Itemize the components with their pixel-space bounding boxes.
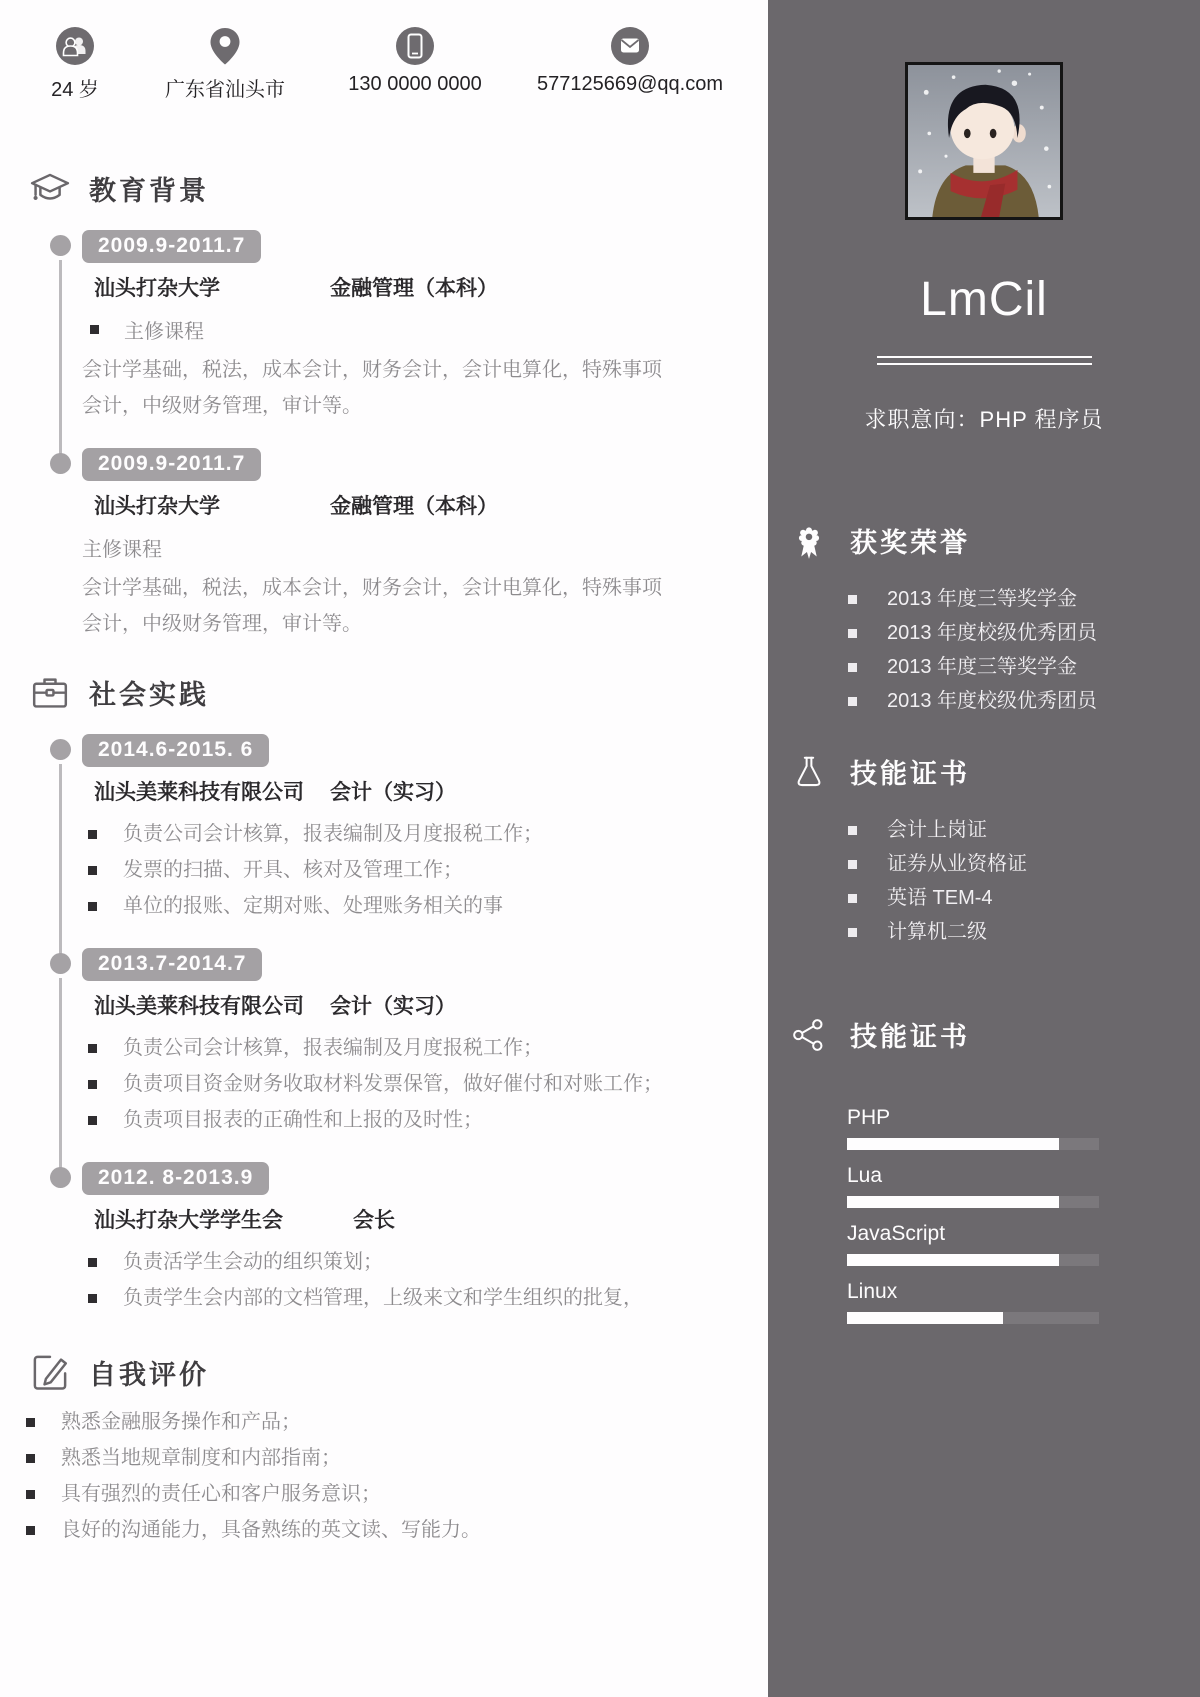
contact-item-location: 广东省汕头市 bbox=[130, 26, 320, 102]
medal-icon bbox=[790, 522, 828, 560]
section-education: 教育背景 2009.9-2011.7 汕头打杂大学 金融管理（本科） 主修课程 bbox=[20, 166, 768, 642]
list-item: 证券从业资格证 bbox=[848, 847, 1200, 881]
square-bullet-icon bbox=[88, 902, 97, 911]
bullet-item: 负责学生会内部的文档管理，上级来文和学生组织的批复， bbox=[88, 1280, 768, 1316]
email-icon bbox=[610, 26, 650, 66]
bullet-item: 负责项目报表的正确性和上报的及时性； bbox=[88, 1102, 768, 1138]
location-icon bbox=[205, 26, 245, 66]
age-label: 24 岁 bbox=[51, 73, 99, 102]
bullet-item: 良好的沟通能力，具备熟练的英文读、写能力。 bbox=[26, 1512, 768, 1548]
avatar bbox=[905, 62, 1063, 220]
section-practice: 社会实践 2014.6-2015. 6 汕头美莱科技有限公司 会计（实习） 负责… bbox=[20, 670, 768, 1316]
major-name: 金融管理（本科） bbox=[330, 272, 498, 302]
skill-row: JavaScript bbox=[847, 1222, 1099, 1266]
pen-icon bbox=[28, 1350, 72, 1394]
skills-header: 技能证书 bbox=[768, 1015, 1200, 1054]
list-item: 英语 TEM-4 bbox=[848, 881, 1200, 915]
course-text: 会计学基础，税法，成本会计，财务会计，会计电算化，特殊事项会计，中级财务管理，审… bbox=[82, 570, 672, 642]
timeline-item: 2009.9-2011.7 汕头打杂大学 金融管理（本科） 主修课程 会计学基础… bbox=[20, 448, 768, 642]
date-badge: 2013.7-2014.7 bbox=[82, 948, 262, 981]
practice-bullets: 负责公司会计核算，报表编制及月度报税工作； 发票的扫描、开具、核对及管理工作； … bbox=[88, 816, 768, 924]
contact-item-age: 24 岁 bbox=[20, 26, 130, 102]
skill-bar-fill bbox=[847, 1138, 1059, 1150]
date-badge: 2009.9-2011.7 bbox=[82, 230, 261, 263]
self-evaluation-header: 自我评价 bbox=[28, 1350, 768, 1394]
practice-org: 汕头打杂大学学生会 bbox=[94, 1204, 283, 1234]
candidate-name: LmCil bbox=[768, 274, 1200, 326]
skill-name: Lua bbox=[847, 1164, 1099, 1188]
awards-list: 2013 年度三等奖学金 2013 年度校级优秀团员 2013 年度三等奖学金 … bbox=[848, 582, 1200, 718]
education-row: 汕头打杂大学 金融管理（本科） bbox=[94, 490, 768, 520]
skill-row: Lua bbox=[847, 1164, 1099, 1208]
contact-item-email: 577125669@qq.com bbox=[510, 26, 750, 102]
skill-bar-track bbox=[847, 1138, 1099, 1150]
list-item: 2013 年度三等奖学金 bbox=[848, 582, 1200, 616]
major-name: 金融管理（本科） bbox=[330, 490, 498, 520]
section-title: 自我评价 bbox=[89, 1353, 209, 1392]
timeline-item: 2014.6-2015. 6 汕头美莱科技有限公司 会计（实习） 负责公司会计核… bbox=[20, 734, 768, 924]
section-certificates: 技能证书 会计上岗证 证券从业资格证 英语 TEM-4 计算机二级 bbox=[768, 752, 1200, 949]
education-timeline: 2009.9-2011.7 汕头打杂大学 金融管理（本科） 主修课程 会计学基础… bbox=[20, 230, 768, 642]
square-bullet-icon bbox=[88, 1116, 97, 1125]
course-label: 主修课程 bbox=[90, 315, 768, 344]
timeline-dot bbox=[50, 739, 71, 760]
bullet-item: 熟悉当地规章制度和内部指南； bbox=[26, 1440, 768, 1476]
square-bullet-icon bbox=[26, 1418, 35, 1427]
certificates-header: 技能证书 bbox=[768, 752, 1200, 791]
phone-label: 130 0000 0000 bbox=[348, 73, 481, 96]
square-bullet-icon bbox=[848, 928, 857, 937]
date-badge: 2012. 8-2013.9 bbox=[82, 1162, 269, 1195]
phone-icon bbox=[395, 26, 435, 66]
square-bullet-icon bbox=[848, 595, 857, 604]
timeline-item: 2009.9-2011.7 汕头打杂大学 金融管理（本科） 主修课程 会计学基础… bbox=[20, 230, 768, 424]
contact-row: 24 岁 广东省汕头市 130 0000 0000 577125669@qq.c… bbox=[20, 26, 768, 102]
skill-name: JavaScript bbox=[847, 1222, 1099, 1246]
resume-page: 24 岁 广东省汕头市 130 0000 0000 577125669@qq.c… bbox=[0, 0, 1200, 1697]
practice-row: 汕头美莱科技有限公司 会计（实习） bbox=[94, 776, 768, 806]
school-name: 汕头打杂大学 bbox=[94, 490, 220, 520]
section-title: 技能证书 bbox=[850, 1015, 970, 1054]
practice-row: 汕头打杂大学学生会 会长 bbox=[94, 1204, 768, 1234]
section-self-evaluation: 自我评价 熟悉金融服务操作和产品； 熟悉当地规章制度和内部指南； 具有强烈的责任… bbox=[20, 1350, 768, 1548]
certificates-list: 会计上岗证 证券从业资格证 英语 TEM-4 计算机二级 bbox=[848, 813, 1200, 949]
section-title: 社会实践 bbox=[89, 673, 209, 712]
square-bullet-icon bbox=[88, 866, 97, 875]
list-item: 2013 年度校级优秀团员 bbox=[848, 616, 1200, 650]
square-bullet-icon bbox=[848, 629, 857, 638]
job-intention: 求职意向：PHP 程序员 bbox=[768, 403, 1200, 434]
square-bullet-icon bbox=[26, 1526, 35, 1535]
square-bullet-icon bbox=[848, 894, 857, 903]
bullet-item: 熟悉金融服务操作和产品； bbox=[26, 1404, 768, 1440]
square-bullet-icon bbox=[88, 1080, 97, 1089]
timeline-item: 2012. 8-2013.9 汕头打杂大学学生会 会长 负责活学生会动的组织策划… bbox=[20, 1162, 768, 1316]
school-name: 汕头打杂大学 bbox=[94, 272, 220, 302]
section-skills: 技能证书 PHP Lua JavaScript Linux bbox=[768, 1015, 1200, 1324]
bullet-item: 发票的扫描、开具、核对及管理工作； bbox=[88, 852, 768, 888]
practice-bullets: 负责公司会计核算，报表编制及月度报税工作； 负责项目资金财务收取材料发票保管，做… bbox=[88, 1030, 768, 1138]
square-bullet-icon bbox=[848, 663, 857, 672]
skill-name: Linux bbox=[847, 1280, 1099, 1304]
timeline-dot bbox=[50, 235, 71, 256]
square-bullet-icon bbox=[88, 1258, 97, 1267]
briefcase-icon bbox=[28, 670, 72, 714]
course-label: 主修课程 bbox=[82, 533, 768, 562]
section-title: 获奖荣誉 bbox=[850, 521, 970, 560]
skill-bar-track bbox=[847, 1254, 1099, 1266]
square-bullet-icon bbox=[90, 325, 99, 334]
section-title: 教育背景 bbox=[89, 169, 209, 208]
square-bullet-icon bbox=[26, 1454, 35, 1463]
timeline-dot bbox=[50, 1167, 71, 1188]
sidebar: LmCil 求职意向：PHP 程序员 获奖荣誉 2013 年度三等奖学金 201… bbox=[768, 0, 1200, 1697]
education-row: 汕头打杂大学 金融管理（本科） bbox=[94, 272, 768, 302]
practice-org: 汕头美莱科技有限公司 bbox=[94, 776, 304, 806]
practice-timeline: 2014.6-2015. 6 汕头美莱科技有限公司 会计（实习） 负责公司会计核… bbox=[20, 734, 768, 1316]
skill-bar-fill bbox=[847, 1196, 1059, 1208]
flask-icon bbox=[790, 753, 828, 791]
practice-role: 会计（实习） bbox=[330, 776, 456, 806]
email-label: 577125669@qq.com bbox=[537, 73, 723, 96]
square-bullet-icon bbox=[88, 1044, 97, 1053]
skills-list: PHP Lua JavaScript Linux bbox=[847, 1106, 1099, 1324]
practice-header: 社会实践 bbox=[28, 670, 768, 714]
person-icon bbox=[55, 26, 95, 66]
list-item: 会计上岗证 bbox=[848, 813, 1200, 847]
course-text: 会计学基础，税法，成本会计，财务会计，会计电算化，特殊事项会计，中级财务管理，审… bbox=[82, 352, 672, 424]
graduation-cap-icon bbox=[28, 166, 72, 210]
share-icon bbox=[790, 1016, 828, 1054]
skill-name: PHP bbox=[847, 1106, 1099, 1130]
timeline-item: 2013.7-2014.7 汕头美莱科技有限公司 会计（实习） 负责公司会计核算… bbox=[20, 948, 768, 1138]
square-bullet-icon bbox=[88, 830, 97, 839]
list-item: 2013 年度校级优秀团员 bbox=[848, 684, 1200, 718]
bullet-item: 负责公司会计核算，报表编制及月度报税工作； bbox=[88, 816, 768, 852]
timeline-dot bbox=[50, 453, 71, 474]
date-badge: 2014.6-2015. 6 bbox=[82, 734, 269, 767]
list-item: 2013 年度三等奖学金 bbox=[848, 650, 1200, 684]
skill-bar-fill bbox=[847, 1254, 1059, 1266]
section-awards: 获奖荣誉 2013 年度三等奖学金 2013 年度校级优秀团员 2013 年度三… bbox=[768, 521, 1200, 718]
square-bullet-icon bbox=[848, 860, 857, 869]
practice-bullets: 负责活学生会动的组织策划； 负责学生会内部的文档管理，上级来文和学生组织的批复， bbox=[88, 1244, 768, 1316]
square-bullet-icon bbox=[26, 1490, 35, 1499]
contact-item-phone: 130 0000 0000 bbox=[320, 26, 510, 102]
education-header: 教育背景 bbox=[28, 166, 768, 210]
skill-bar-track bbox=[847, 1196, 1099, 1208]
location-label: 广东省汕头市 bbox=[165, 73, 285, 102]
practice-org: 汕头美莱科技有限公司 bbox=[94, 990, 304, 1020]
section-title: 技能证书 bbox=[850, 752, 970, 791]
skill-bar-track bbox=[847, 1312, 1099, 1324]
practice-row: 汕头美莱科技有限公司 会计（实习） bbox=[94, 990, 768, 1020]
bullet-item: 负责项目资金财务收取材料发票保管，做好催付和对账工作； bbox=[88, 1066, 768, 1102]
name-divider bbox=[877, 356, 1092, 365]
square-bullet-icon bbox=[88, 1294, 97, 1303]
skill-row: PHP bbox=[847, 1106, 1099, 1150]
bullet-item: 负责公司会计核算，报表编制及月度报税工作； bbox=[88, 1030, 768, 1066]
timeline-dot bbox=[50, 953, 71, 974]
practice-role: 会长 bbox=[353, 1204, 395, 1234]
awards-header: 获奖荣誉 bbox=[768, 521, 1200, 560]
bullet-item: 单位的报账、定期对账、处理账务相关的事 bbox=[88, 888, 768, 924]
square-bullet-icon bbox=[848, 826, 857, 835]
bullet-item: 具有强烈的责任心和客户服务意识； bbox=[26, 1476, 768, 1512]
list-item: 计算机二级 bbox=[848, 915, 1200, 949]
skill-bar-fill bbox=[847, 1312, 1003, 1324]
bullet-item: 负责活学生会动的组织策划； bbox=[88, 1244, 768, 1280]
skill-row: Linux bbox=[847, 1280, 1099, 1324]
practice-role: 会计（实习） bbox=[330, 990, 456, 1020]
square-bullet-icon bbox=[848, 697, 857, 706]
date-badge: 2009.9-2011.7 bbox=[82, 448, 261, 481]
self-evaluation-bullets: 熟悉金融服务操作和产品； 熟悉当地规章制度和内部指南； 具有强烈的责任心和客户服… bbox=[26, 1404, 768, 1548]
left-column: 24 岁 广东省汕头市 130 0000 0000 577125669@qq.c… bbox=[0, 0, 768, 1697]
